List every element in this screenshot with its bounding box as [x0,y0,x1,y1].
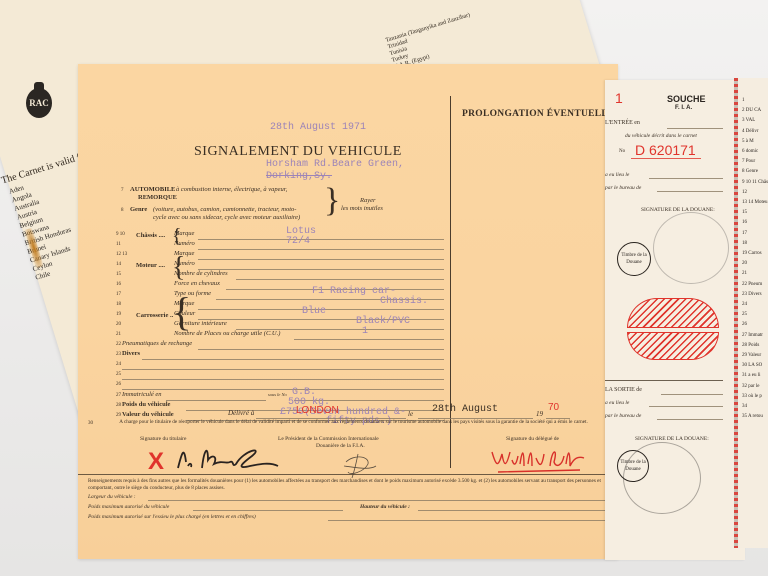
voucher-line: 4 Délivr [742,127,768,137]
delivered-label: Délivré à [228,409,254,417]
voucher-line-list: 1 2 DU CA 3 VAL 4 Délivr 5 à M 6 domic 7… [742,96,768,423]
voucher-line: 30 LA SO [742,361,768,371]
stub-sortie: LA SORTIE de [605,387,642,393]
stub-bureau: par le bureau de [605,185,641,191]
field-row-moteur-numero: 14 Moteur .... Numéro [116,260,446,270]
field-row-cylindres: 15 Nombre de cylindres [116,270,446,280]
field-row-carrosserie-marque: 18 Marque Chassis. [116,300,446,310]
automobile-label: AUTOMOBILE [130,186,175,193]
year-prefix: 19 [536,410,543,418]
stub-entree: L'ENTRÉE en [605,120,640,126]
stub-sig-douane-2: SIGNATURE DE LA DOUANE: [635,436,709,442]
stub-rule [649,406,723,407]
voucher-line: 33 où le p [742,392,768,402]
item33-label: Poids maximum autorisé du véhicule [88,504,169,510]
field-row-chevaux: 16 Force en chevaux [116,280,446,290]
row-group: Châssis .... [136,232,165,239]
brace: { [172,252,185,284]
voucher-line: 24 [742,300,768,310]
stub-lieu-2: a eu lieu le [605,400,629,406]
row-value: Blue [302,306,326,317]
voucher-line: 31 a eu li [742,371,768,381]
row-number: 24 [116,362,121,367]
row-number: 26 [116,382,121,387]
row-number: 14 [116,262,121,267]
voucher-line: 6 domic [742,147,768,157]
item30-text: A charge pour le titulaire de réexporter… [96,419,611,426]
field-row-24: 24 [116,360,446,370]
genre-label: Genre [130,206,147,213]
row-value: Chassis. [380,296,428,307]
row-group: Carrosserie .. [136,312,173,319]
row-value: 1 [362,326,368,337]
row-label: Immatriculé en [122,391,162,398]
rac-logo: RAC [26,88,52,118]
field-row-pneumatiques: 22 Pneumatiques de rechange [116,340,446,350]
voucher-line: 34 [742,402,768,412]
rayer-label: Rayer [360,197,376,204]
stub-vehicule: du véhicule décrit dans le carnet [625,133,697,139]
row-number: 29 [116,413,121,418]
voucher-line: 17 [742,229,768,239]
voucher-line: 15 [742,208,768,218]
item33b-label: Hauteur du véhicule : [360,504,410,510]
row-number: 22 [116,342,121,347]
field-row-garniture: 20 Garniture intérieure Black/PVC [116,320,446,330]
delivered-year: 70 [548,402,559,413]
voucher-line: 35 A retou [742,412,768,422]
row-number: 9 10 [116,232,125,237]
voucher-line: 22 Pneum [742,280,768,290]
stub-rule [661,394,723,395]
holder-signature [174,440,284,476]
voucher-line: 16 [742,218,768,228]
stub-title: SOUCHE [667,94,706,104]
stub-rule [649,178,723,179]
voucher-line: 19 Carros [742,249,768,259]
row-number: 28 [116,403,121,408]
voucher-line: 7 Pour [742,157,768,167]
delegate-signature [488,442,588,476]
next-voucher-edge: 1 2 DU CA 3 VAL 4 Délivr 5 à M 6 domic 7… [738,78,768,548]
faded-customs-stamp [653,212,729,284]
row-number: 11 [116,242,121,247]
stub-no-label: No [619,149,625,154]
voucher-line: 8 Genre [742,167,768,177]
row-number: 17 [116,292,121,297]
voucher-line: 32 par le [742,382,768,392]
automobile-desc: à combustion interne, électrique, à vape… [176,186,287,193]
stub-divider [605,380,723,381]
item31-text: Renseignements requis à des fins autres … [88,478,608,492]
delivered-date: 28th August [432,404,498,415]
row-number: 19 [116,312,121,317]
stub-number: 1 [615,90,623,106]
typed-date: 28th August 1971 [270,122,366,133]
row-value: 72/4 [286,236,310,247]
president-label-1: Le Président de la Commission Internatio… [278,436,379,442]
row-label: Poids du véhicule [122,401,170,408]
stub-subtitle: F. I. A. [675,105,692,111]
row-number: 20 [116,322,121,327]
stub-sig-douane: SIGNATURE DE LA DOUANE: [641,207,715,213]
red-hatched-stamp-top [627,298,719,328]
section-divider [78,474,618,475]
typed-address-line-1: Horsham Rd.Beare Green, [266,159,404,170]
field-row-25: 25 [116,370,446,380]
carnet-serial-number: D 620171 [635,142,696,158]
item33b-rule [418,510,608,511]
row-label: Valeur du véhicule [122,411,174,418]
souche-stub: 1 SOUCHE F. I. A. L'ENTRÉE en du véhicul… [605,80,745,560]
president-signature [340,450,380,480]
timbre-circle-2: Timbre de la Douane [617,450,649,482]
row-number: 27 [116,393,121,398]
voucher-line: 25 [742,310,768,320]
row-number: 21 [116,332,121,337]
typed-address-line-2: Dorking,Sy. [266,171,332,182]
row-number: 16 [116,282,121,287]
voucher-line: 27 Immatr [742,331,768,341]
remorque-label: REMORQUE [138,194,177,201]
serial-rule [631,158,701,159]
field-row-chassis-marque: 9 10 Châssis .... Marque Lotus [116,230,446,240]
brace: } [324,184,340,218]
form-title: SIGNALEMENT DU VEHICULE [194,144,402,160]
stub-rule [657,191,723,192]
sous-le-no-label: sous le No [268,392,287,397]
row-number: 12 13 [116,252,127,257]
voucher-line: 1 [742,96,768,106]
voucher-line: 2 DU CA [742,106,768,116]
field-row-moteur-marque: 12 13 Marque [116,250,446,260]
brace: { [172,225,182,248]
item32-rule [148,500,608,501]
genre-desc: (voiture, autobus, camion, camionnette, … [153,206,296,213]
prolongation-heading: PROLONGATION ÉVENTUELLE [462,109,615,119]
field-row-immatricule: 27 Immatriculé en sous le No G.B. [116,391,446,401]
voucher-line: 5 à M [742,137,768,147]
voucher-line: 13 14 Moteu [742,198,768,208]
voucher-line: 12 [742,188,768,198]
voucher-line: 3 VAL [742,116,768,126]
voucher-line: 18 [742,239,768,249]
item32-label: Largeur du véhicule : [88,494,136,500]
stub-rule [667,128,723,129]
field-row-places: 21 Nombre de Places ou charge utile (C.U… [116,330,446,340]
stub-lieu: a eu lieu le [605,172,629,178]
row-number: 25 [116,372,121,377]
delivered-place: LONDON [296,405,339,416]
timbre-circle: Timbre de la Douane [617,242,651,276]
voucher-line: 21 [742,269,768,279]
item-number: 30 [88,421,93,426]
genre-desc-2: cycle avec ou sans sidecar, cycle avec m… [153,214,300,221]
row-rule [122,389,444,390]
voucher-line: 29 Valeur [742,351,768,361]
field-row-divers: 23 Divers [116,350,446,360]
voucher-line: 9 10 11 Châssi [742,178,768,188]
le-label: le [408,410,413,418]
field-row-26: 26 [116,380,446,390]
row-group: Moteur .... [136,262,165,269]
rayer-label-2: les mots inutiles [341,205,383,212]
president-label-2: Douanière de la F.I.A. [316,443,365,449]
voucher-line: 28 Poids [742,341,768,351]
item34-label: Poids maximum autorisé sur l'essieu le p… [88,514,256,520]
red-hatched-stamp-bottom [627,332,719,360]
row-label: Divers [122,350,140,357]
row-label: Pneumatiques de rechange [122,340,192,347]
carnet-vehicle-form: 28th August 1971 SIGNALEMENT DU VEHICULE… [78,64,618,559]
stub-bureau-2: par le bureau de [605,413,641,419]
row-number: 23 [116,352,121,357]
voucher-line: 20 [742,259,768,269]
item33-rule [193,510,343,511]
brace: { [172,288,191,335]
voucher-line: 23 Divers [742,290,768,300]
field-row-chassis-numero: 11 Numéro 72/4 [116,240,446,250]
row-number: 18 [116,302,121,307]
item-number: 8 [121,208,124,213]
voucher-line: 26 [742,320,768,330]
stub-rule [657,419,723,420]
item34-rule [328,520,608,521]
row-number: 15 [116,272,121,277]
x-mark: X [148,448,164,476]
item-number: 7 [121,188,124,193]
